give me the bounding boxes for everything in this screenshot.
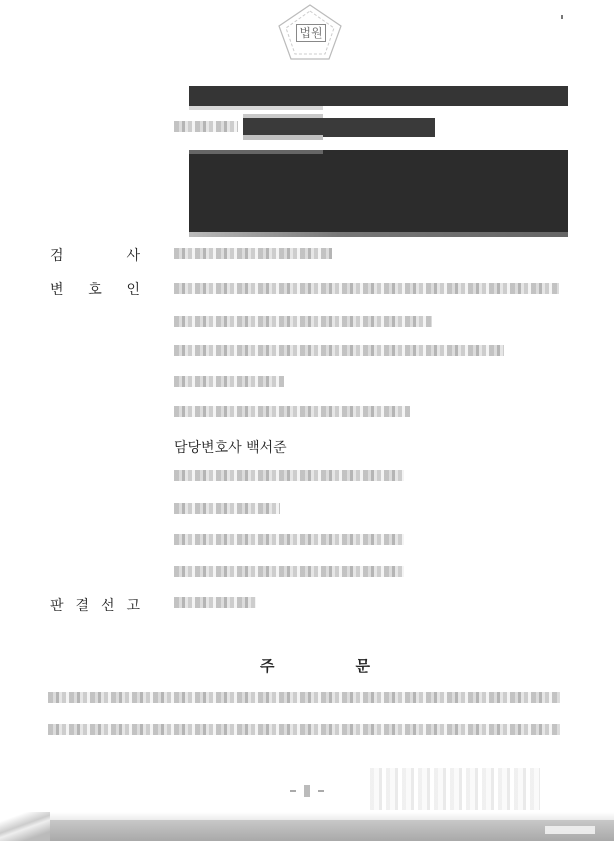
footer-bar — [0, 820, 614, 841]
responsible-lawyer: 담당변호사 백서준 — [174, 437, 287, 457]
redacted-prosecutor-value — [174, 248, 332, 259]
label-prosecutor: 검 사 — [50, 245, 140, 265]
label-sentencing-date: 판 결 선 고 — [50, 595, 140, 615]
redacted-counsel-line — [174, 406, 410, 417]
page-number — [290, 785, 326, 797]
redacted-counsel-line — [174, 376, 284, 387]
label-char: 호 — [88, 279, 102, 299]
redacted-counsel-line — [174, 283, 559, 294]
redacted-counsel-line — [174, 316, 432, 327]
label-char: 결 — [75, 595, 89, 615]
footer-logo — [545, 826, 595, 834]
redacted-sentencing-date — [174, 597, 256, 608]
label-char: 검 — [50, 245, 64, 265]
redacted-counsel-line — [174, 534, 404, 545]
redaction-shadow — [189, 232, 568, 237]
redacted-text-defendant-prefix — [174, 121, 238, 132]
redacted-counsel-line — [174, 470, 404, 481]
redacted-body-line — [48, 692, 560, 703]
label-char: 인 — [126, 279, 140, 299]
label-char: 변 — [50, 279, 64, 299]
redacted-counsel-line — [174, 503, 280, 514]
court-seal: 법원 — [275, 2, 345, 62]
footer-sheen — [0, 812, 614, 820]
label-char: 사 — [126, 245, 140, 265]
redacted-counsel-line — [174, 345, 504, 356]
faded-stamp — [370, 768, 540, 810]
redacted-counsel-line — [174, 566, 404, 577]
section-title-order: 주 문 — [260, 655, 370, 676]
label-char: 선 — [101, 595, 115, 615]
redacted-body-line — [48, 724, 560, 735]
seal-text: 법원 — [296, 24, 326, 42]
redaction-shadow — [189, 150, 323, 154]
redaction-shadow — [243, 135, 323, 140]
label-counsel: 변 호 인 — [50, 279, 140, 299]
scan-mark — [561, 15, 563, 19]
title-char: 주 — [260, 655, 275, 676]
title-char: 문 — [356, 655, 371, 676]
redaction-shadow — [189, 106, 323, 110]
label-char: 판 — [50, 595, 64, 615]
redaction-block-3 — [189, 150, 568, 232]
label-char: 고 — [126, 595, 140, 615]
footer-decoration — [0, 812, 50, 841]
redaction-block-1 — [189, 86, 568, 106]
